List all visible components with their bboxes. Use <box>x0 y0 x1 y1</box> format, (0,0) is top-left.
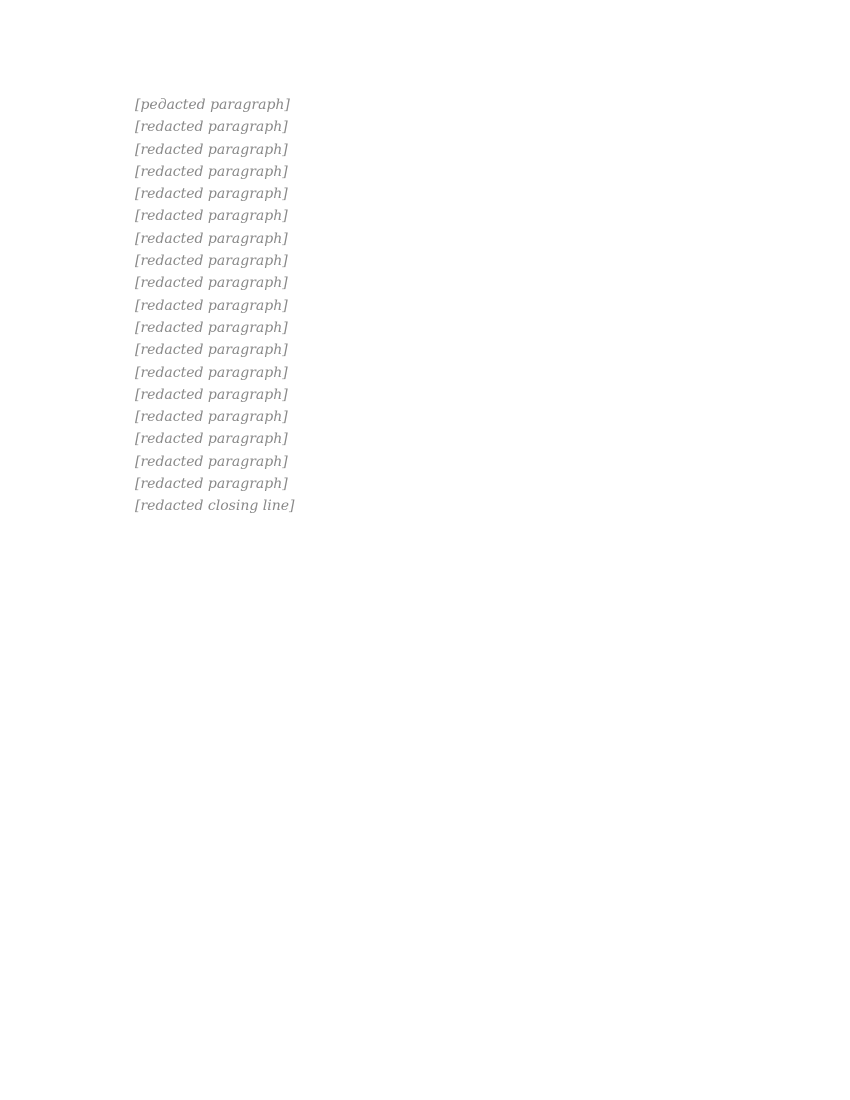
paragraph: [redacted paragraph] <box>135 251 720 271</box>
paragraph: [redacted paragraph] <box>135 296 720 316</box>
paragraph: [redacted paragraph] <box>135 318 720 338</box>
paragraph: [редacted paragraph] <box>135 95 720 115</box>
paragraph: [redacted paragraph] <box>135 206 720 226</box>
paragraph: [redacted paragraph] <box>135 229 720 249</box>
paragraph: [redacted paragraph] <box>135 385 720 405</box>
paragraph: [redacted paragraph] <box>135 452 720 472</box>
paragraph: [redacted closing line] <box>135 496 720 516</box>
paragraph: [redacted paragraph] <box>135 162 720 182</box>
paragraph: [redacted paragraph] <box>135 340 720 360</box>
paragraph: [redacted paragraph] <box>135 407 720 427</box>
paragraph: [redacted paragraph] <box>135 184 720 204</box>
paragraph: [redacted paragraph] <box>135 429 720 449</box>
paragraph: [redacted paragraph] <box>135 363 720 383</box>
document-page: [редacted paragraph][redacted paragraph]… <box>0 0 850 1100</box>
paragraph: [redacted paragraph] <box>135 140 720 160</box>
paragraph: [redacted paragraph] <box>135 474 720 494</box>
body-text: [редacted paragraph][redacted paragraph]… <box>135 95 720 519</box>
paragraph: [redacted paragraph] <box>135 273 720 293</box>
paragraph: [redacted paragraph] <box>135 117 720 137</box>
